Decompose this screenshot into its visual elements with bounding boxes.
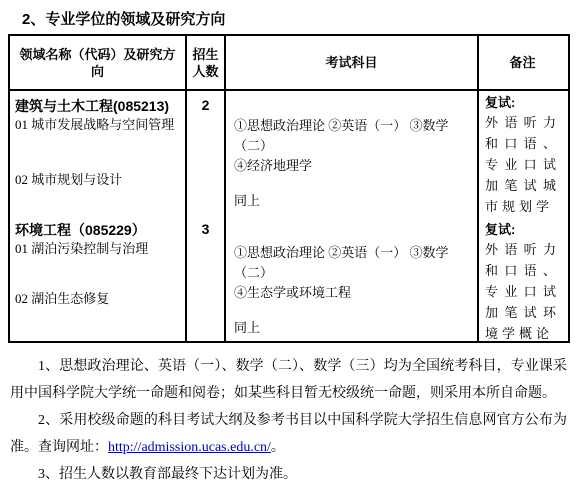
table-header-row: 领域名称（代码）及研究方向 招生人数 考试科目 备注 bbox=[10, 36, 568, 91]
program-1-exam-ditto: 同上 bbox=[234, 192, 471, 210]
admission-website-link[interactable]: http://admission.ucas.edu.cn/ bbox=[108, 440, 271, 455]
program-2-field-cell: 环境工程（085229） 01 湖泊污染控制与治理 02 湖泊生态修复 bbox=[10, 215, 185, 341]
program-2-exam-ditto: 同上 bbox=[234, 319, 471, 337]
program-2-remarks-cell: 复试: 外语听力和口语、专业口试加笔试环境学概论 bbox=[479, 215, 566, 341]
program-1-enrollment: 2 bbox=[187, 91, 224, 215]
program-2-remarks-label: 复试: bbox=[485, 221, 560, 239]
program-1-remarks-text: 外语听力和口语、专业口试加笔试城市规划学 bbox=[485, 112, 560, 217]
program-2-direction-2: 02 湖泊生态修复 bbox=[15, 290, 183, 308]
footnotes: 1、思想政治理论、英语（一）、数学（二）、数学（三）均为全国统考科目，专业课采用… bbox=[10, 353, 567, 488]
column-remarks: 复试: 外语听力和口语、专业口试加笔试城市规划学 复试: 外语听力和口语、专业口… bbox=[479, 91, 566, 341]
programs-table: 领域名称（代码）及研究方向 招生人数 考试科目 备注 建筑与土木工程(08521… bbox=[8, 34, 570, 343]
program-1-direction-2: 02 城市规划与设计 bbox=[15, 171, 183, 189]
column-enrollment: 2 3 bbox=[187, 91, 226, 341]
note-2-prefix: 2、采用校级命题的科目考试大纲及参考书目以中国科学院大学招生信息网官方公布为准。… bbox=[10, 413, 567, 455]
program-1-exam-line-1: ①思想政治理论 ②英语（一） ③数学（二） bbox=[234, 116, 471, 156]
column-exam-subjects: ①思想政治理论 ②英语（一） ③数学（二） ④经济地理学 同上 ①思想政治理论 … bbox=[226, 91, 479, 341]
program-2-exam-cell: ①思想政治理论 ②英语（一） ③数学（二） ④生态学或环境工程 同上 bbox=[226, 215, 477, 341]
col-header-enrollment: 招生人数 bbox=[187, 36, 226, 89]
program-2-exam-line-2: ④生态学或环境工程 bbox=[234, 283, 471, 303]
note-2-suffix: 。 bbox=[271, 440, 285, 455]
program-2-name: 环境工程（085229） bbox=[15, 220, 183, 240]
program-1-remarks-cell: 复试: 外语听力和口语、专业口试加笔试城市规划学 bbox=[479, 91, 566, 215]
program-2-exam-line-1: ①思想政治理论 ②英语（一） ③数学（二） bbox=[234, 243, 471, 283]
program-1-exam-line-2: ④经济地理学 bbox=[234, 156, 471, 176]
program-2-direction-1: 01 湖泊污染控制与治理 bbox=[15, 240, 183, 258]
program-1-direction-1: 01 城市发展战略与空间管理 bbox=[15, 116, 183, 134]
table-body: 建筑与土木工程(085213) 01 城市发展战略与空间管理 02 城市规划与设… bbox=[10, 91, 568, 341]
column-field: 建筑与土木工程(085213) 01 城市发展战略与空间管理 02 城市规划与设… bbox=[10, 91, 187, 341]
program-1-name: 建筑与土木工程(085213) bbox=[15, 96, 183, 116]
program-2-enrollment: 3 bbox=[187, 215, 224, 341]
section-title: 2、专业学位的领域及研究方向 bbox=[22, 10, 577, 29]
note-2: 2、采用校级命题的科目考试大纲及参考书目以中国科学院大学招生信息网官方公布为准。… bbox=[10, 407, 567, 461]
document-page: 2、专业学位的领域及研究方向 领域名称（代码）及研究方向 招生人数 考试科目 备… bbox=[0, 0, 577, 498]
col-header-field: 领域名称（代码）及研究方向 bbox=[10, 36, 187, 89]
program-1-field-cell: 建筑与土木工程(085213) 01 城市发展战略与空间管理 02 城市规划与设… bbox=[10, 91, 185, 215]
col-header-exam-subjects: 考试科目 bbox=[226, 36, 479, 89]
program-1-remarks-label: 复试: bbox=[485, 94, 560, 112]
program-2-remarks-text: 外语听力和口语、专业口试加笔试环境学概论 bbox=[485, 239, 560, 344]
note-1: 1、思想政治理论、英语（一）、数学（二）、数学（三）均为全国统考科目，专业课采用… bbox=[10, 353, 567, 407]
col-header-remarks: 备注 bbox=[479, 36, 566, 89]
note-3: 3、招生人数以教育部最终下达计划为准。 bbox=[10, 461, 567, 488]
program-1-exam-cell: ①思想政治理论 ②英语（一） ③数学（二） ④经济地理学 同上 bbox=[226, 91, 477, 215]
